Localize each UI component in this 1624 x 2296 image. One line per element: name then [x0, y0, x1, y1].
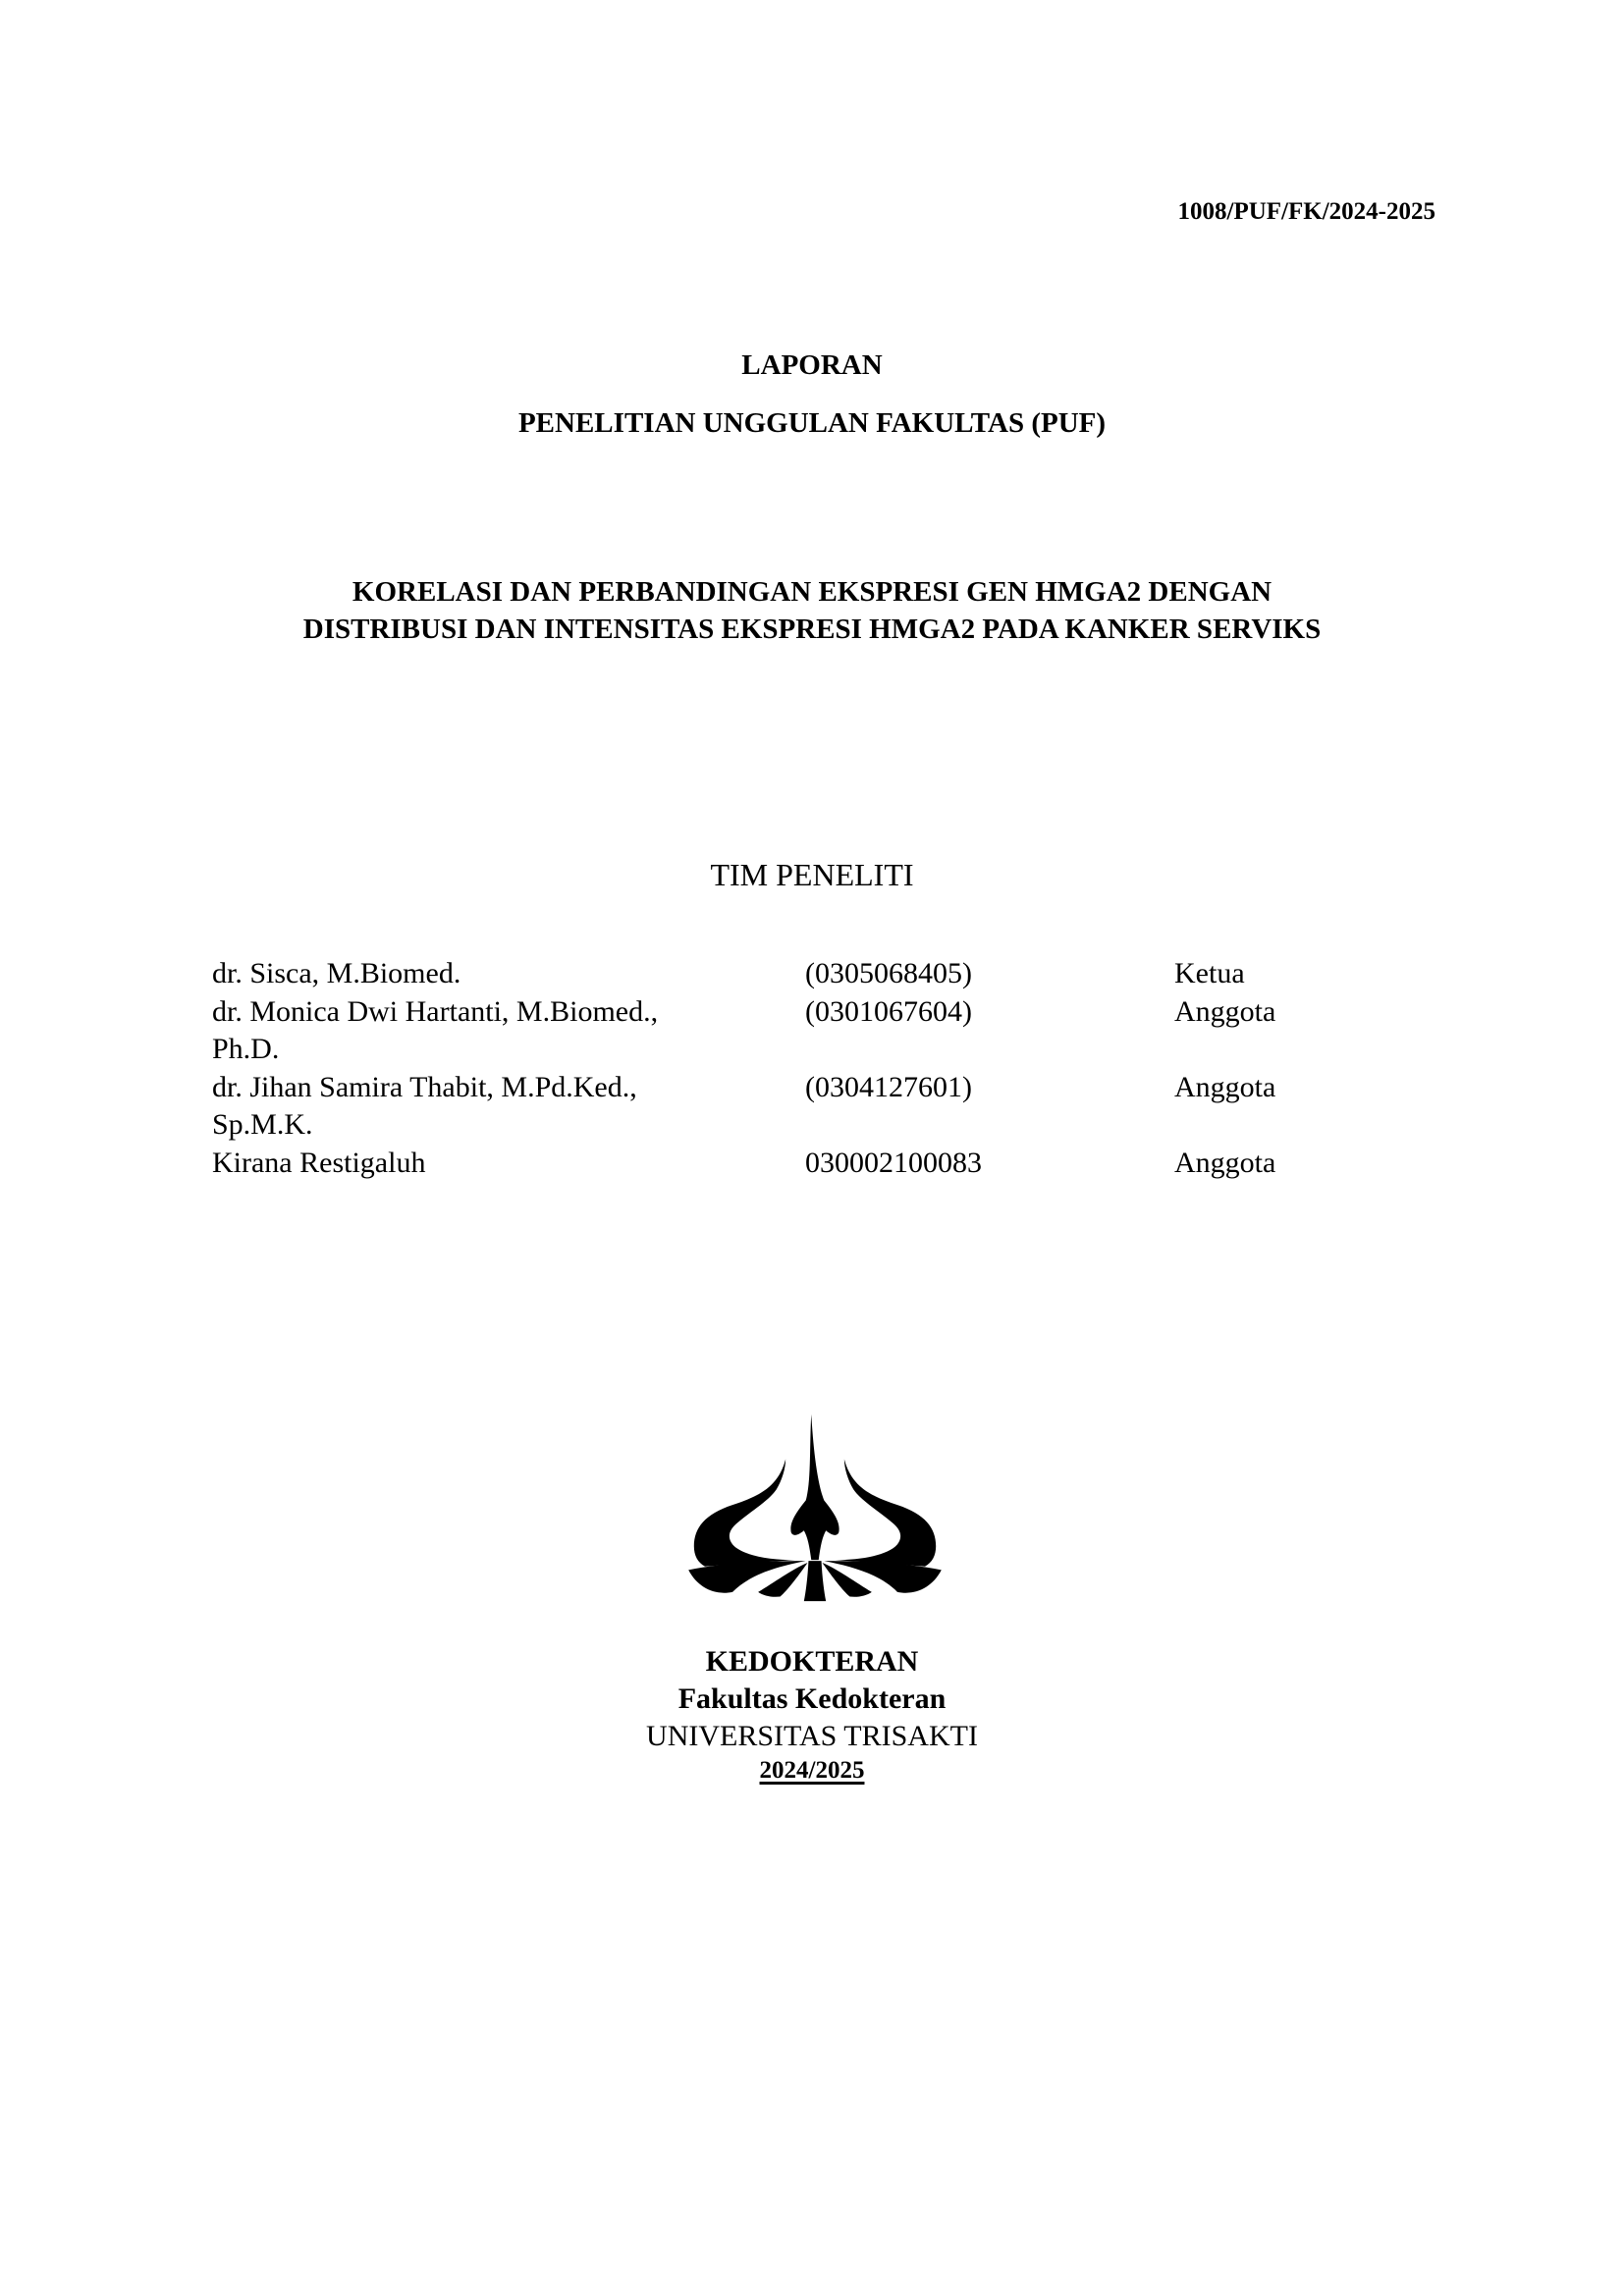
member-role: Anggota: [1174, 993, 1371, 1069]
member-name: dr. Monica Dwi Hartanti, M.Biomed., Ph.D…: [212, 993, 805, 1069]
member-role: Ketua: [1174, 955, 1371, 993]
team-member-row: dr. Sisca, M.Biomed. (0305068405) Ketua: [212, 955, 1371, 993]
member-name-line: Sp.M.K.: [212, 1106, 805, 1145]
faculty-block: KEDOKTERAN Fakultas Kedokteran UNIVERSIT…: [0, 1643, 1624, 1787]
member-name: Kirana Restigaluh: [212, 1145, 805, 1183]
team-member-row: dr. Jihan Samira Thabit, M.Pd.Ked., Sp.M…: [212, 1069, 1371, 1145]
report-title-line: DISTRIBUSI DAN INTENSITAS EKSPRESI HMGA2…: [0, 611, 1624, 648]
member-id: (0301067604): [805, 993, 1174, 1069]
faculty-name: Fakultas Kedokteran: [0, 1681, 1624, 1718]
team-member-row: dr. Monica Dwi Hartanti, M.Biomed., Ph.D…: [212, 993, 1371, 1069]
member-name: dr. Jihan Samira Thabit, M.Pd.Ked., Sp.M…: [212, 1069, 805, 1145]
member-name-line: Kirana Restigaluh: [212, 1145, 805, 1183]
report-title: KORELASI DAN PERBANDINGAN EKSPRESI GEN H…: [0, 573, 1624, 648]
member-id: (0304127601): [805, 1069, 1174, 1145]
member-id: 030002100083: [805, 1145, 1174, 1183]
program-name: PENELITIAN UNGGULAN FAKULTAS (PUF): [0, 407, 1624, 440]
member-name-line: Ph.D.: [212, 1031, 805, 1069]
member-name-line: dr. Jihan Samira Thabit, M.Pd.Ked.,: [212, 1069, 805, 1107]
report-title-line: KORELASI DAN PERBANDINGAN EKSPRESI GEN H…: [0, 573, 1624, 611]
team-members-table: dr. Sisca, M.Biomed. (0305068405) Ketua …: [212, 955, 1371, 1182]
department-name: KEDOKTERAN: [0, 1643, 1624, 1681]
university-name: UNIVERSITAS TRISAKTI: [0, 1718, 1624, 1755]
member-name: dr. Sisca, M.Biomed.: [212, 955, 805, 993]
member-id: (0305068405): [805, 955, 1174, 993]
document-number: 1008/PUF/FK/2024-2025: [1178, 198, 1435, 226]
university-emblem-icon: [677, 1409, 952, 1620]
member-role: Anggota: [1174, 1145, 1371, 1183]
team-heading: TIM PENELITI: [0, 857, 1624, 893]
member-name-line: dr. Monica Dwi Hartanti, M.Biomed.,: [212, 993, 805, 1032]
academic-year: 2024/2025: [0, 1755, 1624, 1787]
member-name-line: dr. Sisca, M.Biomed.: [212, 955, 805, 993]
report-label: LAPORAN: [0, 349, 1624, 382]
team-member-row: Kirana Restigaluh 030002100083 Anggota: [212, 1145, 1371, 1183]
member-role: Anggota: [1174, 1069, 1371, 1145]
